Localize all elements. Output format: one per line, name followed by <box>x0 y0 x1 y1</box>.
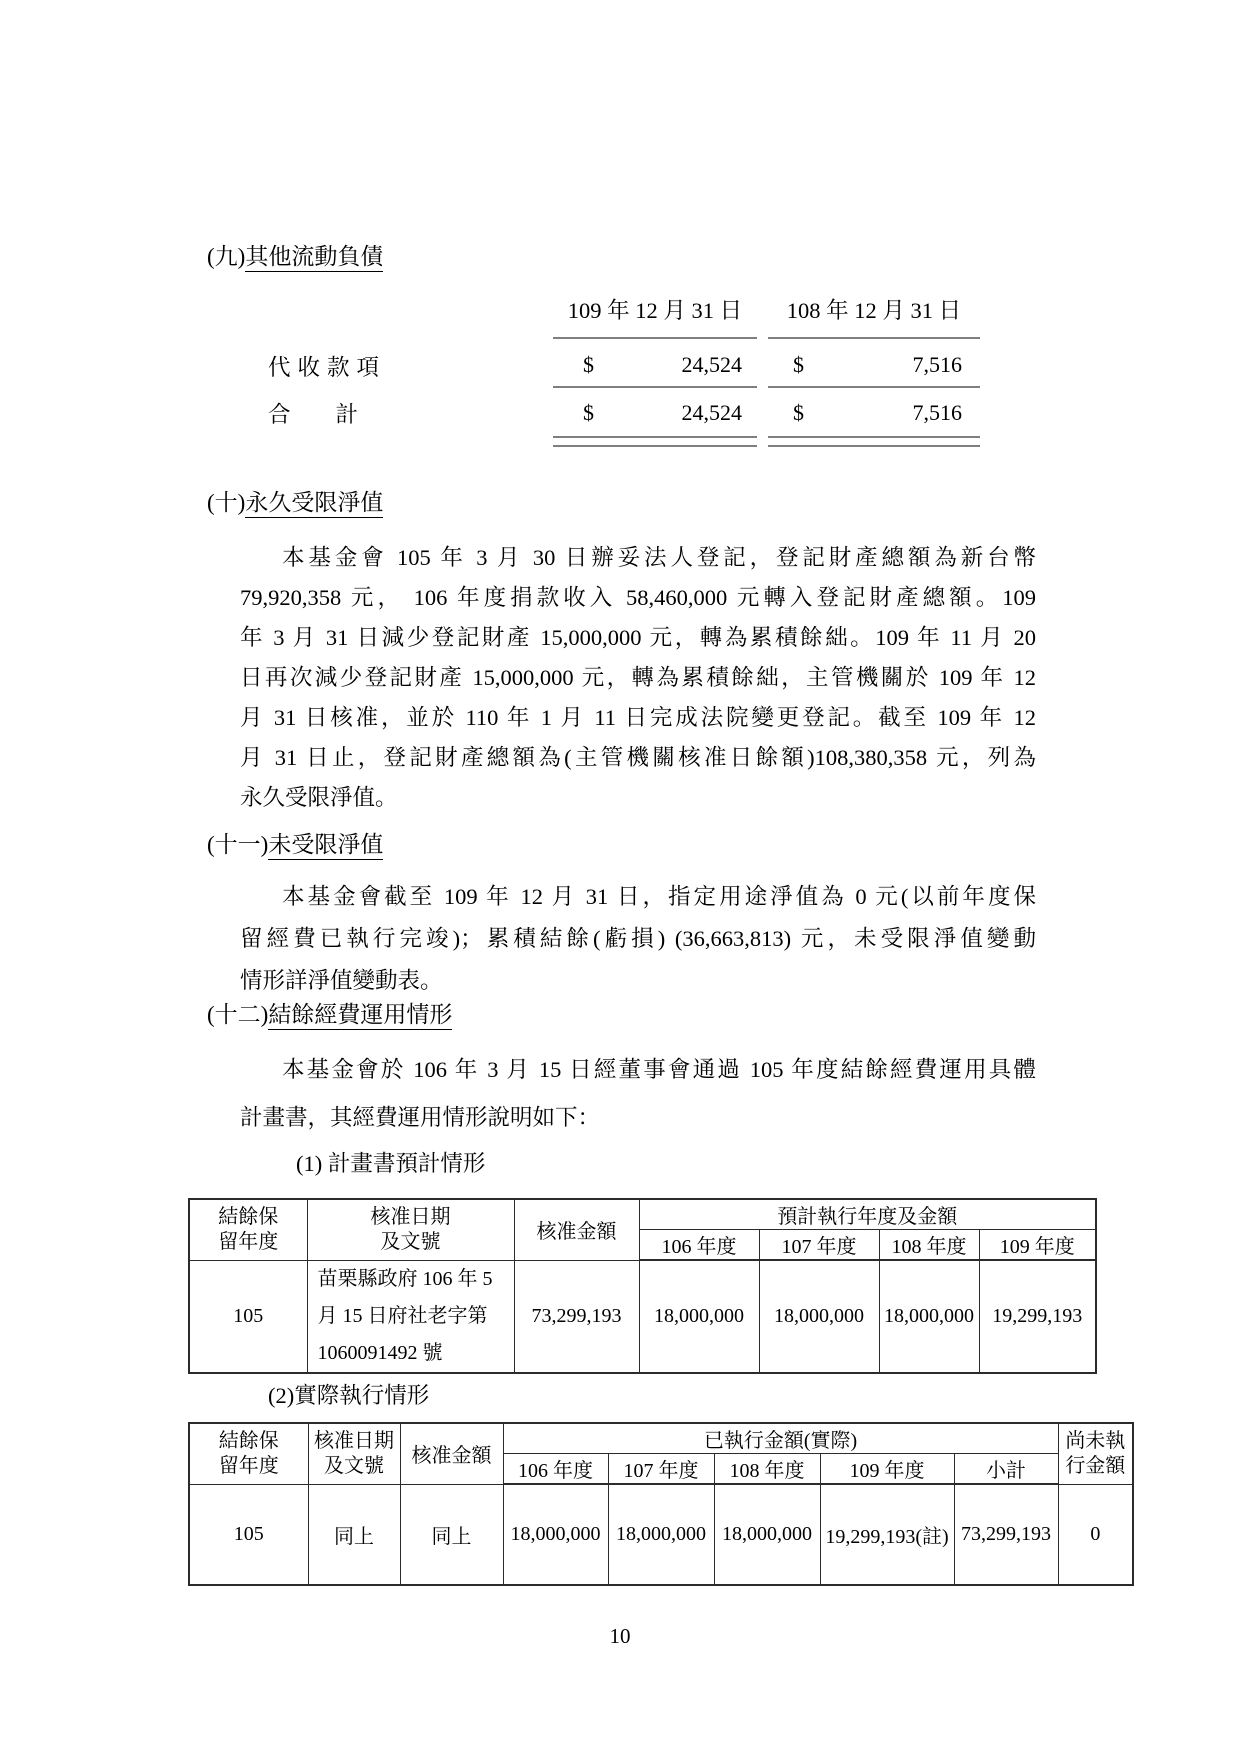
paragraph-line: 計畫書，其經費運用情形說明如下： <box>240 1094 1036 1142</box>
section-12-paragraph: 本基金會於 106 年 3 月 15 日經董事會通過 105 年度結餘經費運用具… <box>240 1046 1036 1142</box>
t2-header-106: 106 年度 <box>503 1454 608 1485</box>
t1-header-approval-doc-line1: 核准日期 <box>312 1205 510 1230</box>
t1-data-row: 105 苗栗縣政府 106 年 5 月 15 日府社老字第 1060091492… <box>189 1260 1096 1373</box>
value-108-total: 7,516 <box>768 400 962 426</box>
t2-header-approval-doc-line2: 及文號 <box>313 1454 396 1479</box>
t1-header-107: 107 年度 <box>759 1230 879 1261</box>
section-9-title: 其他流動負債 <box>245 244 383 272</box>
paragraph-line: 本基金會截至 109 年 12 月 31 日，指定用途淨值為 0 元(以前年度保 <box>240 876 1036 918</box>
column-header-109: 109 年 12 月 31 日 <box>553 293 757 325</box>
t1-cell-doc-line3: 1060091492 號 <box>318 1335 504 1372</box>
paragraph-line: 永久受限淨值。 <box>240 778 1036 818</box>
rule-header-col2 <box>768 337 980 339</box>
paragraph-line: 情形詳淨值變動表。 <box>240 960 1036 1002</box>
rule-row1-col2 <box>768 386 980 388</box>
section-10-title: 永久受限淨值 <box>245 490 383 518</box>
double-rule-col2 <box>768 436 980 447</box>
t1-header-approved-amount: 核准金額 <box>514 1199 639 1260</box>
t2-header-reserve-year-line1: 結餘保 <box>194 1429 304 1454</box>
t2-header-approved-amount: 核准金額 <box>400 1423 503 1484</box>
subsection-2-label: (2)實際執行情形 <box>268 1378 429 1410</box>
value-108-receipts: 7,516 <box>768 352 962 378</box>
t1-header-reserve-year: 結餘保 留年度 <box>189 1199 307 1260</box>
t2-header-unexecuted-line2: 行金額 <box>1063 1454 1129 1479</box>
t1-cell-doc: 苗栗縣政府 106 年 5 月 15 日府社老字第 1060091492 號 <box>307 1260 514 1373</box>
document-page: (九)其他流動負債 109 年 12 月 31 日 108 年 12 月 31 … <box>0 0 1241 1755</box>
t1-cell-109: 19,299,193 <box>979 1260 1096 1373</box>
t1-header-reserve-year-line2: 留年度 <box>194 1230 303 1255</box>
planned-execution-table: 結餘保 留年度 核准日期 及文號 核准金額 預計執行年度及金額 106 年度 1… <box>188 1198 1097 1374</box>
t1-header-span: 預計執行年度及金額 <box>639 1199 1096 1230</box>
t2-cell-year: 105 <box>189 1484 308 1585</box>
rule-row1-col1 <box>553 386 757 388</box>
paragraph-line: 月 31 日核准，並於 110 年 1 月 11 日完成法院變更登記。截至 10… <box>240 698 1036 738</box>
column-header-108: 108 年 12 月 31 日 <box>768 293 980 325</box>
t2-cell-108: 18,000,000 <box>714 1484 820 1585</box>
paragraph-line: 月 31 日止，登記財產總額為(主管機關核准日餘額)108,380,358 元，… <box>240 738 1036 778</box>
paragraph-line: 本基金會於 106 年 3 月 15 日經董事會通過 105 年度結餘經費運用具… <box>240 1046 1036 1094</box>
section-10-heading: (十)永久受限淨值 <box>207 488 383 518</box>
row-label-receipts: 代收款項 <box>268 350 386 382</box>
section-10-paragraph: 本基金會 105 年 3 月 30 日辦妥法人登記，登記財產總額為新台幣 79,… <box>240 538 1036 818</box>
t2-header-unexecuted-line1: 尚未執 <box>1063 1429 1129 1454</box>
paragraph-line: 本基金會 105 年 3 月 30 日辦妥法人登記，登記財產總額為新台幣 <box>240 538 1036 578</box>
t2-cell-109: 19,299,193(註) <box>820 1484 954 1585</box>
section-9-prefix: (九) <box>207 244 245 269</box>
section-11-paragraph: 本基金會截至 109 年 12 月 31 日，指定用途淨值為 0 元(以前年度保… <box>240 876 1036 1002</box>
section-9-heading: (九)其他流動負債 <box>207 242 383 272</box>
t2-cell-107: 18,000,000 <box>608 1484 714 1585</box>
t1-header-approval-doc: 核准日期 及文號 <box>307 1199 514 1260</box>
t2-cell-unexecuted: 0 <box>1058 1484 1133 1585</box>
section-11-title: 未受限淨值 <box>268 832 383 860</box>
actual-execution-table: 結餘保 留年度 核准日期 及文號 核准金額 已執行金額(實際) 尚未執 行金額 … <box>188 1422 1134 1586</box>
section-11-heading: (十一)未受限淨值 <box>207 830 383 860</box>
section-11-prefix: (十一) <box>207 832 268 857</box>
t2-cell-approved: 同上 <box>400 1484 503 1585</box>
double-rule-col1 <box>553 436 757 447</box>
t1-cell-doc-line2: 月 15 日府社老字第 <box>318 1298 504 1335</box>
value-109-receipts: 24,524 <box>553 352 742 378</box>
value-109-total: 24,524 <box>553 400 742 426</box>
t1-header-reserve-year-line1: 結餘保 <box>194 1205 303 1230</box>
t1-header-108: 108 年度 <box>879 1230 979 1261</box>
section-12-prefix: (十二) <box>207 1002 268 1027</box>
t1-header-approval-doc-line2: 及文號 <box>312 1230 510 1255</box>
t2-header-subtotal: 小計 <box>954 1454 1058 1485</box>
t1-cell-107: 18,000,000 <box>759 1260 879 1373</box>
t1-header-106: 106 年度 <box>639 1230 759 1261</box>
t2-header-107: 107 年度 <box>608 1454 714 1485</box>
t1-header-109: 109 年度 <box>979 1230 1096 1261</box>
t2-cell-subtotal: 73,299,193 <box>954 1484 1058 1585</box>
paragraph-line: 79,920,358 元， 106 年度捐款收入 58,460,000 元轉入登… <box>240 578 1036 618</box>
t2-header-109: 109 年度 <box>820 1454 954 1485</box>
paragraph-line: 年 3 月 31 日減少登記財產 15,000,000 元，轉為累積餘絀。109… <box>240 618 1036 658</box>
t1-cell-106: 18,000,000 <box>639 1260 759 1373</box>
section-12-heading: (十二)結餘經費運用情形 <box>207 1000 452 1030</box>
t2-header-108: 108 年度 <box>714 1454 820 1485</box>
t1-cell-doc-line1: 苗栗縣政府 106 年 5 <box>318 1261 504 1298</box>
t2-header-approval-doc: 核准日期 及文號 <box>308 1423 400 1484</box>
rule-header-col1 <box>553 337 757 339</box>
t1-cell-year: 105 <box>189 1260 307 1373</box>
section-12-title: 結餘經費運用情形 <box>268 1002 452 1030</box>
t2-header-approval-doc-line1: 核准日期 <box>313 1429 396 1454</box>
subsection-1-label: (1) 計畫書預計情形 <box>296 1146 485 1178</box>
t1-cell-108: 18,000,000 <box>879 1260 979 1373</box>
paragraph-line: 日再次減少登記財產 15,000,000 元，轉為累積餘絀，主管機關於 109 … <box>240 658 1036 698</box>
t2-header-reserve-year-line2: 留年度 <box>194 1454 304 1479</box>
page-number: 10 <box>560 1624 680 1649</box>
t2-header-span: 已執行金額(實際) <box>503 1423 1058 1454</box>
t1-cell-approved: 73,299,193 <box>514 1260 639 1373</box>
row-label-total: 合 計 <box>268 397 358 429</box>
paragraph-line: 留經費已執行完竣)；累積結餘(虧損) (36,663,813) 元，未受限淨值變… <box>240 918 1036 960</box>
t2-cell-doc: 同上 <box>308 1484 400 1585</box>
section-10-prefix: (十) <box>207 490 245 515</box>
t2-header-reserve-year: 結餘保 留年度 <box>189 1423 308 1484</box>
t2-data-row: 105 同上 同上 18,000,000 18,000,000 18,000,0… <box>189 1484 1133 1585</box>
t2-cell-106: 18,000,000 <box>503 1484 608 1585</box>
t2-header-unexecuted: 尚未執 行金額 <box>1058 1423 1133 1484</box>
